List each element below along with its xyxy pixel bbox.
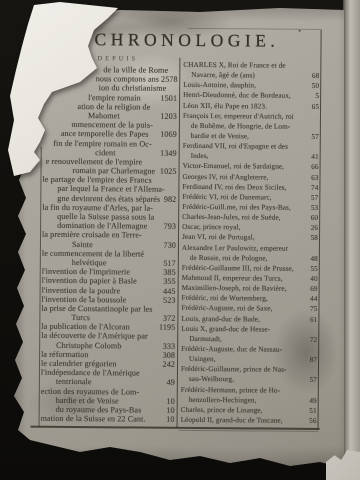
line-value: 48 <box>308 254 317 264</box>
line-value: 63 <box>309 172 318 182</box>
line-text: Frédéric-Auguste, roi de Saxe, <box>181 303 272 314</box>
line-value: 68 <box>310 71 319 81</box>
table-bottom-border-2 <box>179 430 319 432</box>
line-value: 69 <box>308 284 317 294</box>
line-text: mation de la Suisse en 22 Cant. <box>41 414 146 424</box>
line-text: de Russie, roi de Pologne, <box>190 253 268 264</box>
line-text: la réformation <box>41 350 89 360</box>
line-value: 355 <box>161 277 176 286</box>
line-value: 51 <box>307 406 316 416</box>
line-text: Louis X, grand-duc de Hesse- <box>181 324 270 335</box>
sovereigns-column: CHARLES X, Roi de France et de Navarre, … <box>181 60 320 426</box>
line-value: 242 <box>161 360 176 369</box>
line-value: 308 <box>161 351 176 360</box>
line-text: henzollern-Hechingen, <box>189 395 257 406</box>
scanned-almanac-page: CHRONOLOGIE. DEPUIS de la ville de Rome … <box>0 0 360 480</box>
line-value: 40 <box>308 274 317 284</box>
line-value: 58 <box>309 233 318 243</box>
line-value: 87 <box>308 355 317 365</box>
line-text: Frédéric, roi de Wurtemberg, <box>182 293 268 304</box>
line-value: 61 <box>308 314 317 324</box>
line-value: 57 <box>307 375 316 385</box>
line-text: Christophe Colomb <box>56 340 121 350</box>
line-text: sau-Weilbourg, <box>189 374 234 385</box>
chronology-line: mation de la Suisse en 22 Cant. 10 <box>41 414 175 424</box>
line-value: 55 <box>308 264 317 274</box>
line-text: helvétique <box>72 258 107 267</box>
line-value: 49 <box>165 378 175 387</box>
line-text: Léopold II, grand-duc de Toscane, <box>181 415 283 426</box>
sovereign-line: Léopold II, grand-duc de Toscane, 56 <box>181 415 317 426</box>
line-value: 523 <box>161 295 176 304</box>
line-value: 1195 <box>157 323 175 332</box>
line-value: 5 <box>313 91 319 101</box>
line-value: 50 <box>310 81 319 91</box>
line-value: 41 <box>309 152 318 162</box>
ink-speck <box>89 296 91 298</box>
line-text: tentrionale <box>56 377 92 386</box>
torn-white-patch <box>0 0 200 220</box>
line-value: 60 <box>309 213 318 223</box>
line-value: 44 <box>308 294 317 304</box>
line-text: Navarre, âgé de (ans) <box>191 70 255 81</box>
line-text: Usingen, <box>189 354 216 364</box>
line-value: 57 <box>309 132 318 142</box>
table-bottom-border <box>31 426 320 430</box>
line-value: 66 <box>309 162 318 172</box>
line-value: 445 <box>161 286 176 295</box>
line-value: 49 <box>307 395 316 405</box>
line-value: 26 <box>309 223 318 233</box>
torn-corner-wrap <box>0 0 200 220</box>
line-value: 56 <box>307 416 316 426</box>
line-value: 372 <box>161 314 176 323</box>
line-text: Sainte <box>72 240 93 249</box>
line-value: 333 <box>161 341 176 350</box>
line-value: 793 <box>162 222 177 231</box>
line-value: 385 <box>161 268 176 277</box>
line-text: Oscar, prince royal, <box>182 222 240 233</box>
line-value: 10 <box>164 415 174 424</box>
line-text: Darmstadt, <box>189 334 222 344</box>
line-value: 74 <box>309 183 318 193</box>
line-text: bardie et de Venise <box>56 396 119 406</box>
line-value: 53 <box>309 203 318 213</box>
line-value: 10 <box>164 406 174 415</box>
line-text: Turcs <box>71 313 90 322</box>
line-text: Jean VI, roi de Portugal, <box>182 232 255 243</box>
line-text: Charles, prince de Linange, <box>181 405 263 416</box>
line-value: 72 <box>308 335 317 345</box>
line-value: 730 <box>161 240 176 249</box>
line-value: 10 <box>164 396 174 405</box>
ink-speck <box>299 30 301 32</box>
line-value: 517 <box>161 259 176 268</box>
line-value: 57 <box>309 193 318 203</box>
line-value: 65 <box>310 101 319 111</box>
line-text: Louis, grand-duc de Bade, <box>181 313 260 324</box>
line-value: 75 <box>308 304 317 314</box>
